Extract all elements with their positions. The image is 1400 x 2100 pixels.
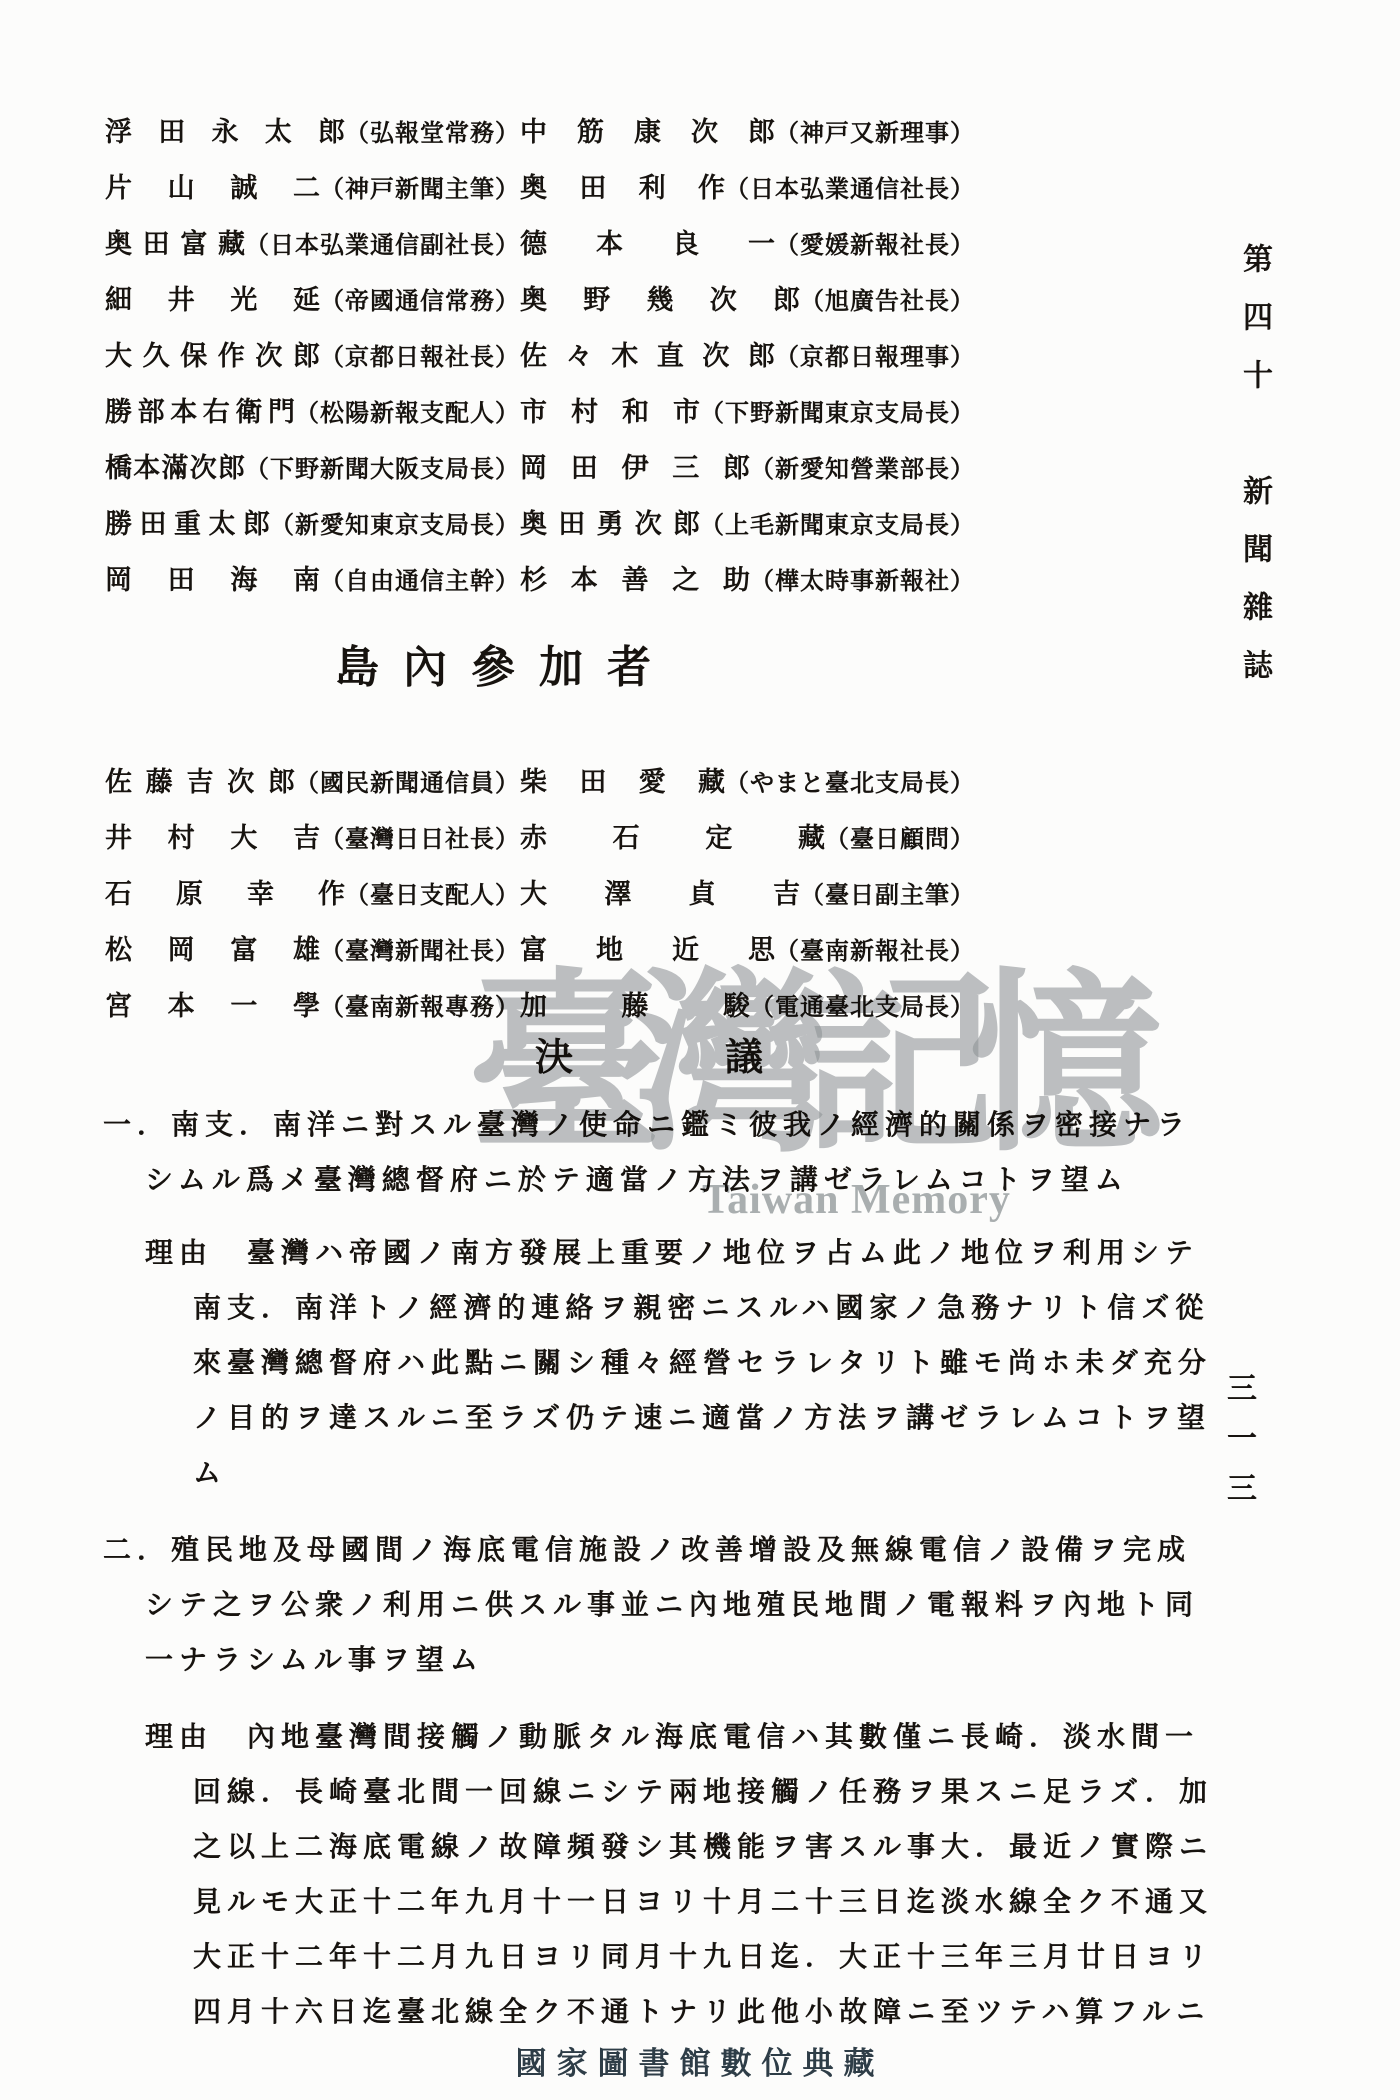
mainland-attendee-list: 浮田永太郎（弘報堂常務） 中筋康次郎（神戸又新理事） 片山誠二（神戸新聞主筆） … (105, 112, 985, 616)
attendee-name: 宮本一學 (105, 986, 320, 1027)
attendee-affiliation: （樺太時事新報社） (750, 562, 975, 603)
attendee-affiliation: （松陽新報支配人） (295, 394, 520, 435)
resolution-heading: 決 議 (103, 1036, 1195, 1080)
reason-line: 理由 臺灣ハ帝國ノ南方發展上重要ノ地位ヲ占ム此ノ地位ヲ利用シテ (103, 1226, 1195, 1281)
attendee-affiliation: （神戸新聞主筆） (320, 170, 520, 211)
attendee-affiliation: （臺日副主筆） (800, 876, 975, 917)
attendee-affiliation: （臺灣新聞社長） (320, 932, 520, 973)
attendee-entry: 中筋康次郎（神戸又新理事） (520, 112, 975, 155)
attendee-entry: 井村大吉（臺灣日日社長） (105, 818, 520, 861)
attendee-name: 奥田利作 (520, 168, 725, 209)
attendee-entry: 宮本一學（臺南新報專務） (105, 986, 520, 1029)
attendee-entry: 奥田勇次郎（上毛新聞東京支局長） (520, 504, 975, 547)
attendee-entry: 加藤駿（電通臺北支局長） (520, 986, 975, 1029)
resolution-line: シムル爲メ臺灣總督府ニ於テ適當ノ方法ヲ講ゼラレムコトヲ望ム (103, 1153, 1195, 1208)
scanned-document-page: 浮田永太郎（弘報堂常務） 中筋康次郎（神戸又新理事） 片山誠二（神戸新聞主筆） … (0, 0, 1400, 2100)
attendee-entry: 奥野幾次郎（旭廣告社長） (520, 280, 975, 323)
attendee-entry: 赤石定藏（臺日顧問） (520, 818, 975, 861)
resolution-item-1: 一．南支．南洋ニ對スル臺灣ノ使命ニ鑑ミ彼我ノ經濟的關係ヲ密接ナラ シムル爲メ臺灣… (103, 1098, 1195, 1208)
reason-line: 四月十六日迄臺北線全ク不通トナリ此他小故障ニ至ツテハ算フルニ (103, 1985, 1195, 2040)
attendee-name: 岡田海南 (105, 560, 320, 601)
page-number: 三一三 (1220, 1372, 1256, 1522)
attendee-name: 佐々木直次郎 (520, 336, 775, 377)
attendee-entry: 片山誠二（神戸新聞主筆） (105, 168, 520, 211)
attendee-row: 細井光延（帝國通信常務） 奥野幾次郎（旭廣告社長） (105, 280, 985, 321)
attendee-row: 佐藤吉次郎（國民新聞通信員） 柴田愛藏（やまと臺北支局長） (105, 762, 985, 803)
attendee-affiliation: （弘報堂常務） (345, 114, 520, 155)
attendee-entry: 勝田重太郎（新愛知東京支局長） (105, 504, 520, 547)
attendee-affiliation: （下野新聞東京支局長） (700, 394, 975, 435)
resolution-line: 一ナラシムル事ヲ望ム (103, 1633, 1195, 1688)
attendee-entry: 浮田永太郎（弘報堂常務） (105, 112, 520, 155)
attendee-name: 富地近思 (520, 930, 775, 971)
attendee-name: 松岡富雄 (105, 930, 320, 971)
attendee-affiliation: （新愛知東京支局長） (270, 506, 520, 547)
reason-line: ム (103, 1446, 1195, 1501)
attendee-affiliation: （上毛新聞東京支局長） (700, 506, 975, 547)
attendee-row: 勝部本右衛門（松陽新報支配人） 市村和市（下野新聞東京支局長） (105, 392, 985, 433)
attendee-entry: 石原幸作（臺日支配人） (105, 874, 520, 917)
attendee-affiliation: （臺日支配人） (345, 876, 520, 917)
attendee-name: 細井光延 (105, 280, 320, 321)
attendee-entry: 勝部本右衛門（松陽新報支配人） (105, 392, 520, 435)
reason-line: 南支．南洋トノ經濟的連絡ヲ親密ニスルハ國家ノ急務ナリト信ズ從 (103, 1281, 1195, 1336)
attendee-name: 奥田勇次郎 (520, 504, 700, 545)
attendee-row: 勝田重太郎（新愛知東京支局長） 奥田勇次郎（上毛新聞東京支局長） (105, 504, 985, 545)
attendee-name: 佐藤吉次郎 (105, 762, 295, 803)
attendee-name: 市村和市 (520, 392, 700, 433)
attendee-row: 石原幸作（臺日支配人） 大澤貞吉（臺日副主筆） (105, 874, 985, 915)
attendee-affiliation: （下野新聞大阪支局長） (245, 450, 520, 491)
reason-line: 回線．長崎臺北間一回線ニシテ兩地接觸ノ任務ヲ果スニ足ラズ．加 (103, 1765, 1195, 1820)
attendee-entry: 松岡富雄（臺灣新聞社長） (105, 930, 520, 973)
attendee-row: 岡田海南（自由通信主幹） 杉本善之助（樺太時事新報社） (105, 560, 985, 601)
attendee-row: 井村大吉（臺灣日日社長） 赤石定藏（臺日顧問） (105, 818, 985, 859)
attendee-affiliation: （旭廣告社長） (800, 282, 975, 323)
attendee-name: 橋本滿次郎 (105, 448, 245, 489)
attendee-entry: 大澤貞吉（臺日副主筆） (520, 874, 975, 917)
attendee-entry: 杉本善之助（樺太時事新報社） (520, 560, 975, 603)
attendee-name: 井村大吉 (105, 818, 320, 859)
attendee-name: 加藤駿 (520, 986, 750, 1027)
attendee-affiliation: （新愛知營業部長） (750, 450, 975, 491)
attendee-name: 大澤貞吉 (520, 874, 800, 915)
island-section-heading: 島內參加者 (105, 638, 905, 698)
island-attendee-list: 佐藤吉次郎（國民新聞通信員） 柴田愛藏（やまと臺北支局長） 井村大吉（臺灣日日社… (105, 762, 985, 1042)
attendee-affiliation: （臺灣日日社長） (320, 820, 520, 861)
attendee-entry: 市村和市（下野新聞東京支局長） (520, 392, 975, 435)
attendee-affiliation: （愛媛新報社長） (775, 226, 975, 267)
attendee-entry: 細井光延（帝國通信常務） (105, 280, 520, 323)
resolution-reason-2: 理由 內地臺灣間接觸ノ動脈タル海底電信ハ其數僅ニ長崎．淡水間一 回線．長崎臺北間… (103, 1710, 1195, 2040)
attendee-entry: 富地近思（臺南新報社長） (520, 930, 975, 973)
attendee-name: 勝部本右衛門 (105, 392, 295, 433)
attendee-affiliation: （臺南新報專務） (320, 988, 520, 1029)
attendee-name: 岡田伊三郎 (520, 448, 750, 489)
attendee-row: 橋本滿次郎（下野新聞大阪支局長） 岡田伊三郎（新愛知營業部長） (105, 448, 985, 489)
attendee-row: 奥田富藏（日本弘業通信副社長） 德本良一（愛媛新報社長） (105, 224, 985, 265)
attendee-row: 浮田永太郎（弘報堂常務） 中筋康次郎（神戸又新理事） (105, 112, 985, 153)
resolution-reason-1: 理由 臺灣ハ帝國ノ南方發展上重要ノ地位ヲ占ム此ノ地位ヲ利用シテ 南支．南洋トノ經… (103, 1226, 1195, 1501)
reason-line: 見ルモ大正十二年九月十一日ヨリ十月二十三日迄淡水線全ク不通又 (103, 1875, 1195, 1930)
attendee-entry: 岡田伊三郎（新愛知營業部長） (520, 448, 975, 491)
reason-line: 理由 內地臺灣間接觸ノ動脈タル海底電信ハ其數僅ニ長崎．淡水間一 (103, 1710, 1195, 1765)
attendee-entry: 岡田海南（自由通信主幹） (105, 560, 520, 603)
attendee-affiliation: （京都日報社長） (320, 338, 520, 379)
attendee-affiliation: （神戸又新理事） (775, 114, 975, 155)
attendee-row: 片山誠二（神戸新聞主筆） 奥田利作（日本弘業通信社長） (105, 168, 985, 209)
resolution-section: 決 議 一．南支．南洋ニ對スル臺灣ノ使命ニ鑑ミ彼我ノ經濟的關係ヲ密接ナラ シムル… (103, 1036, 1195, 2040)
attendee-entry: 佐藤吉次郎（國民新聞通信員） (105, 762, 520, 805)
attendee-entry: 佐々木直次郎（京都日報理事） (520, 336, 975, 379)
attendee-entry: 橋本滿次郎（下野新聞大阪支局長） (105, 448, 520, 491)
attendee-affiliation: （電通臺北支局長） (750, 988, 975, 1029)
attendee-name: 德本良一 (520, 224, 775, 265)
reason-line: 大正十二年十二月九日ヨリ同月十九日迄．大正十三年三月廿日ヨリ (103, 1930, 1195, 1985)
reason-line: ノ目的ヲ達スルニ至ラズ仍テ速ニ適當ノ方法ヲ講ゼラレムコトヲ望 (103, 1391, 1195, 1446)
attendee-affiliation: （やまと臺北支局長） (725, 764, 975, 805)
attendee-name: 中筋康次郎 (520, 112, 775, 153)
attendee-affiliation: （臺日顧問） (825, 820, 975, 861)
attendee-name: 片山誠二 (105, 168, 320, 209)
attendee-affiliation: （自由通信主幹） (320, 562, 520, 603)
resolution-line: 二．殖民地及母國間ノ海底電信施設ノ改善增設及無線電信ノ設備ヲ完成 (103, 1523, 1195, 1578)
attendee-name: 石原幸作 (105, 874, 345, 915)
attendee-name: 柴田愛藏 (520, 762, 725, 803)
attendee-name: 奥田富藏 (105, 224, 245, 265)
reason-line: 之以上二海底電線ノ故障頻發シ其機能ヲ害スル事大．最近ノ實際ニ (103, 1820, 1195, 1875)
attendee-entry: 奥田利作（日本弘業通信社長） (520, 168, 975, 211)
attendee-entry: 柴田愛藏（やまと臺北支局長） (520, 762, 975, 805)
resolution-line: シテ之ヲ公衆ノ利用ニ供スル事並ニ內地殖民地間ノ電報料ヲ內地ト同 (103, 1578, 1195, 1633)
volume-margin-label: 第四十 新聞雜誌 (1236, 243, 1272, 707)
attendee-affiliation: （國民新聞通信員） (295, 764, 520, 805)
attendee-row: 松岡富雄（臺灣新聞社長） 富地近思（臺南新報社長） (105, 930, 985, 971)
attendee-row: 大久保作次郎（京都日報社長） 佐々木直次郎（京都日報理事） (105, 336, 985, 377)
attendee-name: 赤石定藏 (520, 818, 825, 859)
attendee-name: 勝田重太郎 (105, 504, 270, 545)
attendee-row: 宮本一學（臺南新報專務） 加藤駿（電通臺北支局長） (105, 986, 985, 1027)
attendee-affiliation: （臺南新報社長） (775, 932, 975, 973)
reason-line: 來臺灣總督府ハ此點ニ關シ種々經營セラレタリト雖モ尚ホ未ダ充分 (103, 1336, 1195, 1391)
attendee-name: 浮田永太郎 (105, 112, 345, 153)
attendee-affiliation: （日本弘業通信社長） (725, 170, 975, 211)
attendee-entry: 德本良一（愛媛新報社長） (520, 224, 975, 267)
attendee-affiliation: （京都日報理事） (775, 338, 975, 379)
attendee-name: 大久保作次郎 (105, 336, 320, 377)
archive-footer-label: 國家圖書館數位典藏 (0, 2038, 1400, 2083)
resolution-item-2: 二．殖民地及母國間ノ海底電信施設ノ改善增設及無線電信ノ設備ヲ完成 シテ之ヲ公衆ノ… (103, 1523, 1195, 1688)
attendee-affiliation: （帝國通信常務） (320, 282, 520, 323)
resolution-line: 一．南支．南洋ニ對スル臺灣ノ使命ニ鑑ミ彼我ノ經濟的關係ヲ密接ナラ (103, 1098, 1195, 1153)
attendee-entry: 奥田富藏（日本弘業通信副社長） (105, 224, 520, 267)
attendee-affiliation: （日本弘業通信副社長） (245, 226, 520, 267)
attendee-entry: 大久保作次郎（京都日報社長） (105, 336, 520, 379)
attendee-name: 杉本善之助 (520, 560, 750, 601)
attendee-name: 奥野幾次郎 (520, 280, 800, 321)
